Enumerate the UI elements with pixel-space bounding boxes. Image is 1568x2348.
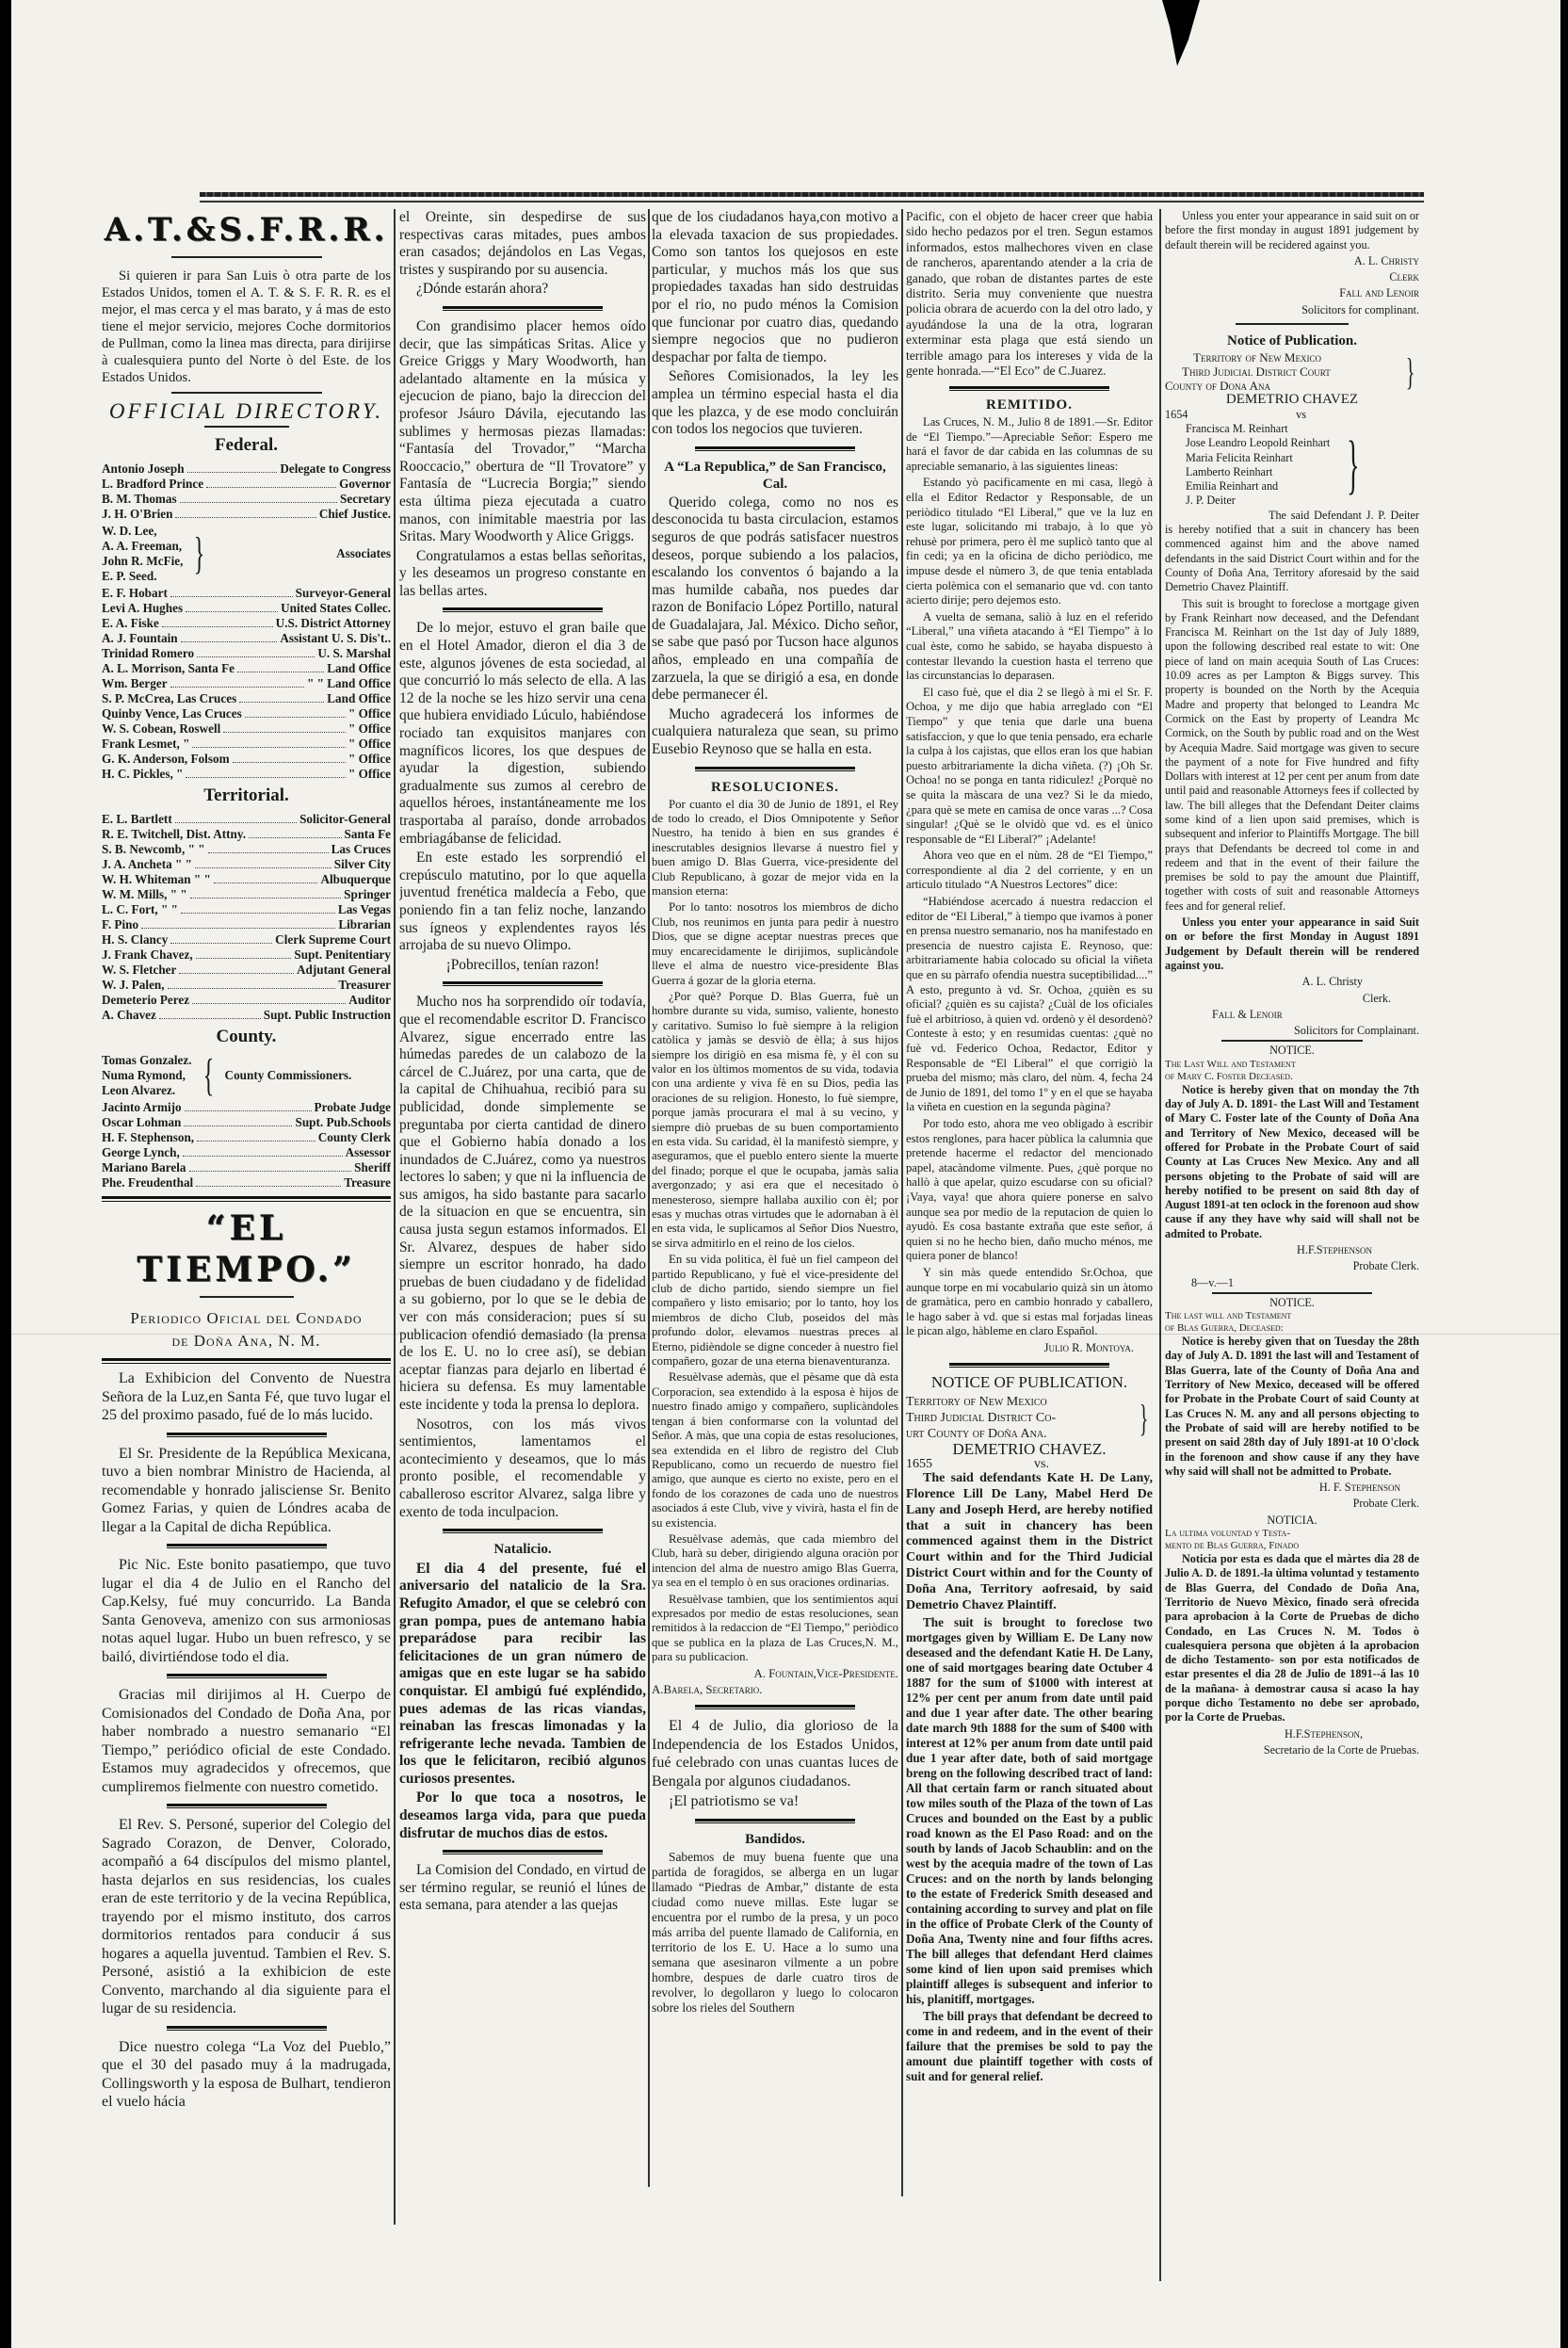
- notice-paragraph: Unless you enter your appearance in said…: [1165, 915, 1419, 973]
- column-4: Pacific, con el objeto de hacer creer qu…: [906, 209, 1153, 2243]
- brace-icon: }: [1140, 1410, 1149, 1426]
- territorial-list: E. L. BartlettSolicitor-General R. E. Tw…: [102, 812, 391, 1023]
- article-paragraph: que de los ciudadanos haya,con motivo a …: [652, 209, 898, 366]
- article-paragraph: Ahora veo que en el nùm. 28 de “El Tiemp…: [906, 849, 1153, 893]
- railroad-ad-text: Si quieren ir para San Luis ò otra parte…: [102, 267, 391, 386]
- rule: [949, 386, 1109, 391]
- article-paragraph: Resuèlvase ademàs, que cada miembro del …: [652, 1532, 898, 1591]
- article-paragraph: Congratulamos a estas bellas señoritas, …: [399, 548, 646, 601]
- notice-paragraph: The bill prays that defendant be decreed…: [906, 2009, 1153, 2084]
- notice-paragraph: This suit is brought to foreclose a mort…: [1165, 597, 1419, 915]
- article-paragraph: “Habiéndose acercado á nuestra redaccion…: [906, 895, 1153, 1115]
- rule: [200, 1296, 294, 1298]
- article-paragraph: Por cuanto el dia 30 de Junio de 1891, e…: [652, 798, 898, 899]
- column-divider: [648, 209, 650, 2187]
- column-divider: [394, 209, 396, 2225]
- rule: [695, 1819, 855, 1823]
- article-paragraph: La Exhibicion del Convento de Nuestra Se…: [102, 1369, 391, 1425]
- defendants-list: Francisca M. Reinhart Jose Leandro Leopo…: [1186, 422, 1419, 509]
- column-5: Unless you enter your appearance in said…: [1165, 209, 1419, 2281]
- bandidos-heading: Bandidos.: [652, 1831, 898, 1848]
- federal-heading: Federal.: [102, 437, 391, 454]
- article-paragraph: el Oreinte, sin despedirse de sus respec…: [399, 209, 646, 279]
- masthead-subtitle: de Doña Ana, N. M.: [102, 1330, 391, 1352]
- rule: [695, 446, 855, 451]
- article-paragraph: Estando yò pacificamente en mi casa, lle…: [906, 476, 1153, 607]
- brace-icon: }: [194, 531, 205, 576]
- column-divider: [901, 209, 903, 2196]
- notice-heading: NOTICIA.: [1165, 1514, 1419, 1528]
- article-paragraph: Nosotros, con los más vivos sentimientos…: [399, 1417, 646, 1522]
- case-line: 1654vs: [1165, 408, 1419, 422]
- article-paragraph: Señores Comisionados, la ley les amplea …: [652, 368, 898, 438]
- directory-title: OFFICIAL DIRECTORY.: [102, 403, 391, 420]
- article-paragraph: Dice nuestro colega “La Voz del Pueblo,”…: [102, 2038, 391, 2112]
- republica-heading: A “La Republica,” de San Francisco, Cal.: [652, 459, 898, 493]
- article-paragraph: El caso fuè, que el dia 2 se llegò à mi …: [906, 686, 1153, 848]
- article-paragraph: En su vida politica, èl fuè un fiel camp…: [652, 1253, 898, 1368]
- top-border-rule: [200, 192, 1424, 199]
- court-caption: Territory of New Mexico Third Judicial D…: [906, 1394, 1153, 1442]
- brace-icon: }: [1347, 458, 1359, 472]
- rule: [167, 2026, 327, 2031]
- article-paragraph: Por lo que toca a nosotros, le deseamos …: [399, 1789, 646, 1842]
- article-paragraph: A vuelta de semana, saliò à luz en el re…: [906, 610, 1153, 684]
- rule: [1212, 1292, 1372, 1294]
- column-3: que de los ciudadanos haya,con motivo a …: [652, 209, 898, 2243]
- newspaper-page: A.T.&S.F.R.R. Si quieren ir para San Lui…: [11, 0, 1560, 2348]
- signature: Julio R. Montoya.: [906, 1341, 1153, 1356]
- article-paragraph: Las Cruces, N. M., Julio 8 de 1891.—Sr. …: [906, 415, 1153, 474]
- rule: [443, 1529, 603, 1533]
- notice-paragraph: Unless you enter your appearance in said…: [1165, 209, 1419, 252]
- rule: [695, 1705, 855, 1709]
- article-paragraph: Pic Nic. Este bonito pasatiempo, que tuv…: [102, 1556, 391, 1666]
- masthead-subtitle: Periodico Oficial del Condado: [102, 1307, 391, 1330]
- rule: [171, 256, 322, 258]
- rule: [167, 1433, 327, 1437]
- rule: [443, 1850, 603, 1854]
- signature: A. Fountain,Vice-Presidente.: [652, 1667, 898, 1681]
- article-paragraph: Por todo esto, ahora me veo obligado à e…: [906, 1117, 1153, 1264]
- article-paragraph: Sabemos de muy buena fuente que una part…: [652, 1850, 898, 2016]
- commissioners-group: Tomas Gonzalez. Numa Rymond, Leon Alvare…: [102, 1053, 391, 1098]
- torn-edge: [1162, 0, 1200, 66]
- directory-row: L. Bradford PrinceGovernor: [102, 477, 391, 492]
- article-paragraph: El Sr. Presidente de la República Mexica…: [102, 1445, 391, 1537]
- article-paragraph: ¿Dónde estarán ahora?: [399, 281, 646, 299]
- directory-row: Antonio JosephDelegate to Congress: [102, 462, 391, 477]
- rule: [171, 392, 322, 394]
- rule: [443, 607, 603, 612]
- article-paragraph: ¡Pobrecillos, tenían razon!: [399, 957, 646, 975]
- rule: [949, 1363, 1109, 1368]
- masthead: “EL TIEMPO.”: [102, 1207, 391, 1290]
- directory-row: B. M. ThomasSecretary: [102, 492, 391, 507]
- federal-list: Antonio JosephDelegate to Congress L. Br…: [102, 462, 391, 782]
- notice-caption: The Last Will and Testament of Mary C. F…: [1165, 1059, 1419, 1083]
- notice-paragraph: Notice is hereby given that on Tuesday t…: [1165, 1335, 1419, 1479]
- remitido-heading: REMITIDO.: [906, 398, 1153, 413]
- article-paragraph: Gracias mil dirijimos al H. Cuerpo de Co…: [102, 1686, 391, 1796]
- notice-paragraph: The said defendants Kate H. De Lany, Flo…: [906, 1471, 1153, 1613]
- rule: [167, 1674, 327, 1678]
- column-2: el Oreinte, sin despedirse de sus respec…: [399, 209, 646, 2243]
- signature: A.Barela, Secretario.: [652, 1683, 898, 1697]
- article-paragraph: ¿Por què? Porque D. Blas Guerra, fuè un …: [652, 990, 898, 1251]
- rule: [695, 767, 855, 771]
- article-paragraph: Con grandisimo placer hemos oído decir, …: [399, 318, 646, 546]
- article-paragraph: La Comision del Condado, en virtud de se…: [399, 1862, 646, 1915]
- rule: [167, 1804, 327, 1808]
- case-line: 1655vs.: [906, 1457, 1153, 1472]
- notice-paragraph: The suit is brought to foreclose two mor…: [906, 1615, 1153, 2007]
- rule: [1221, 1040, 1363, 1042]
- article-paragraph: El dia 4 del presente, fué el aniversari…: [399, 1561, 646, 1789]
- notice-heading: NOTICE.: [1165, 1296, 1419, 1310]
- notice-heading: NOTICE OF PUBLICATION.: [906, 1375, 1153, 1390]
- article-paragraph: Mucho agradecerá los informes de cualqui…: [652, 706, 898, 759]
- rule: [443, 981, 603, 986]
- article-paragraph: El Rev. S. Personé, superior del Colegio…: [102, 1816, 391, 2018]
- article-paragraph: En este estado les sorprendió el crepúsc…: [399, 850, 646, 955]
- article-paragraph: Por lo tanto: nosotros los miembros de d…: [652, 900, 898, 987]
- article-paragraph: Y sin màs quede entendido Sr.Ochoa, que …: [906, 1266, 1153, 1339]
- notice-caption: La ultima voluntad y Testa- mento de Bla…: [1165, 1528, 1419, 1552]
- notice-heading: NOTICE.: [1165, 1044, 1419, 1058]
- plaintiff-name: DEMETRIO CHAVEZ: [1165, 393, 1419, 407]
- article-paragraph: Resuèlvase tambien, que los sentimientos…: [652, 1593, 898, 1665]
- territorial-heading: Territorial.: [102, 787, 391, 804]
- article-paragraph: Mucho nos ha sorprendido oír todavía, qu…: [399, 994, 646, 1414]
- article-paragraph: De lo mejor, estuvo el gran baile que en…: [399, 620, 646, 848]
- natalicio-heading: Natalicio.: [399, 1541, 646, 1559]
- notice-paragraph: Notice is hereby given that on monday th…: [1165, 1083, 1419, 1241]
- top-border-rule-thin: [200, 201, 1424, 202]
- brace-icon: }: [1406, 364, 1415, 379]
- resoluciones-heading: RESOLUCIONES.: [652, 779, 898, 796]
- rule: [443, 306, 603, 311]
- county-list: Jacinto ArmijoProbate Judge Oscar Lohman…: [102, 1100, 391, 1190]
- article-paragraph: Resuèlvase ademàs, que el pèsame que dà …: [652, 1370, 898, 1530]
- brace-icon: {: [202, 1053, 214, 1098]
- article-paragraph: ¡El patriotismo se va!: [652, 1792, 898, 1811]
- notice-paragraph: The said Defendant J. P. Deiter is hereb…: [1165, 509, 1419, 595]
- rule: [102, 1196, 391, 1202]
- article-paragraph: Pacific, con el objeto de hacer creer qu…: [906, 209, 1153, 379]
- rule: [102, 1358, 391, 1364]
- court-caption: Territory of New Mexico Third Judicial D…: [1165, 350, 1419, 393]
- associates-group: W. D. Lee, A. A. Freeman, John R. McFie,…: [102, 524, 391, 584]
- notice-paragraph: Noticia por esta es dada que el màrtes d…: [1165, 1552, 1419, 1725]
- plaintiff-name: DEMETRIO CHAVEZ.: [906, 1442, 1153, 1457]
- column-divider: [1159, 209, 1161, 2281]
- county-heading: County.: [102, 1028, 391, 1045]
- notice-caption: The last will and Testament of Blas Guer…: [1165, 1310, 1419, 1335]
- rule: [1236, 323, 1349, 325]
- directory-row: J. H. O'BrienChief Justice.: [102, 507, 391, 522]
- railroad-ad-title: A.T.&S.F.R.R.: [102, 209, 391, 251]
- notice-heading: Notice of Publication.: [1165, 334, 1419, 348]
- rule: [204, 426, 289, 428]
- rule: [167, 1544, 327, 1548]
- article-paragraph: El 4 de Julio, dia glorioso de la Indepe…: [652, 1717, 898, 1790]
- column-1: A.T.&S.F.R.R. Si quieren ir para San Lui…: [102, 209, 391, 2225]
- article-paragraph: Querido colega, como no nos es desconoci…: [652, 494, 898, 704]
